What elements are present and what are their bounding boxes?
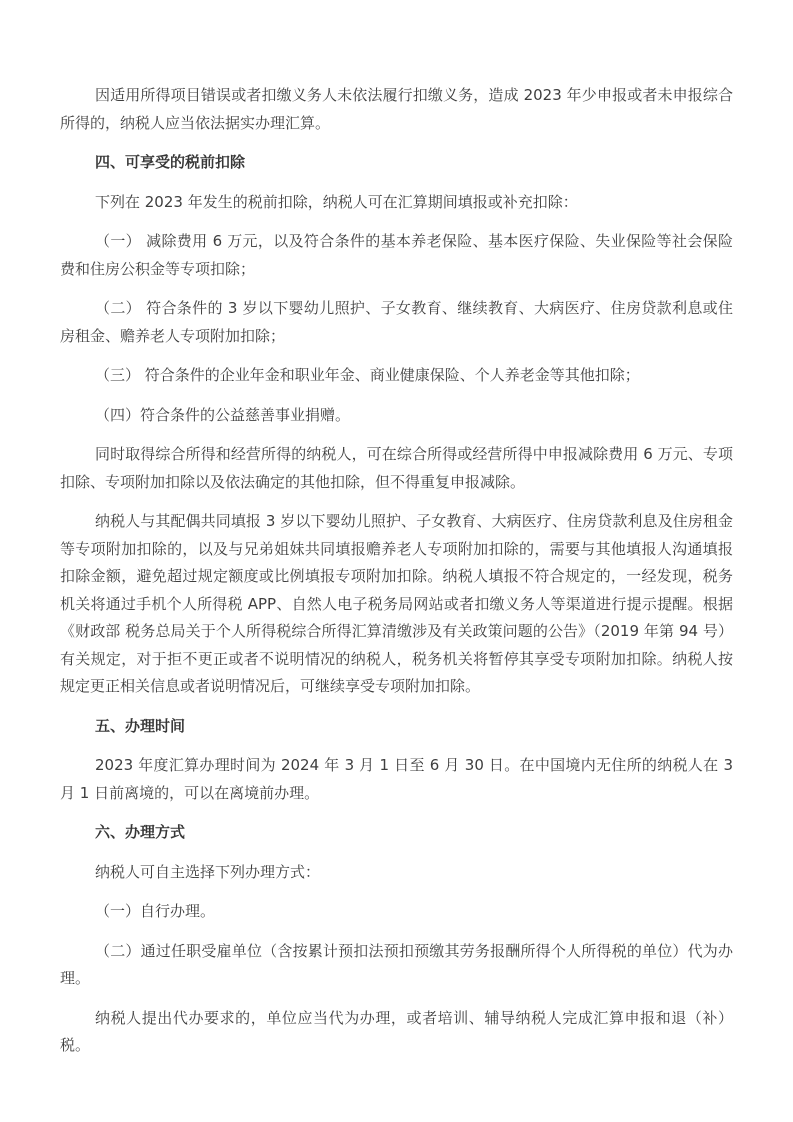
paragraph: 下列在 2023 年发生的税前扣除，纳税人可在汇算期间填报或补充扣除： bbox=[60, 189, 733, 217]
paragraph: 纳税人可自主选择下列办理方式： bbox=[60, 859, 733, 887]
paragraph: （一） 减除费用 6 万元，以及符合条件的基本养老保险、基本医疗保险、失业保险等… bbox=[60, 228, 733, 283]
paragraph: 同时取得综合所得和经营所得的纳税人，可在综合所得或经营所得中申报减除费用 6 万… bbox=[60, 441, 733, 496]
document-body: 因适用所得项目错误或者扣缴义务人未依法履行扣缴义务，造成 2023 年少申报或者… bbox=[60, 82, 733, 1060]
section-heading: 五、办理时间 bbox=[60, 713, 733, 741]
paragraph: （四）符合条件的公益慈善事业捐赠。 bbox=[60, 402, 733, 430]
document-page: 因适用所得项目错误或者扣缴义务人未依法履行扣缴义务，造成 2023 年少申报或者… bbox=[0, 0, 793, 1122]
paragraph: 纳税人与其配偶共同填报 3 岁以下婴幼儿照护、子女教育、大病医疗、住房贷款利息及… bbox=[60, 508, 733, 701]
paragraph: （三） 符合条件的企业年金和职业年金、商业健康保险、个人养老金等其他扣除； bbox=[60, 362, 733, 390]
section-heading: 四、可享受的税前扣除 bbox=[60, 149, 733, 177]
paragraph: 因适用所得项目错误或者扣缴义务人未依法履行扣缴义务，造成 2023 年少申报或者… bbox=[60, 82, 733, 137]
paragraph: （二）通过任职受雇单位（含按累计预扣法预扣预缴其劳务报酬所得个人所得税的单位）代… bbox=[60, 938, 733, 993]
section-heading: 六、办理方式 bbox=[60, 819, 733, 847]
paragraph: （一）自行办理。 bbox=[60, 898, 733, 926]
paragraph: （二） 符合条件的 3 岁以下婴幼儿照护、子女教育、继续教育、大病医疗、住房贷款… bbox=[60, 295, 733, 350]
paragraph: 纳税人提出代办要求的，单位应当代为办理，或者培训、辅导纳税人完成汇算申报和退（补… bbox=[60, 1005, 733, 1060]
paragraph: 2023 年度汇算办理时间为 2024 年 3 月 1 日至 6 月 30 日。… bbox=[60, 752, 733, 807]
